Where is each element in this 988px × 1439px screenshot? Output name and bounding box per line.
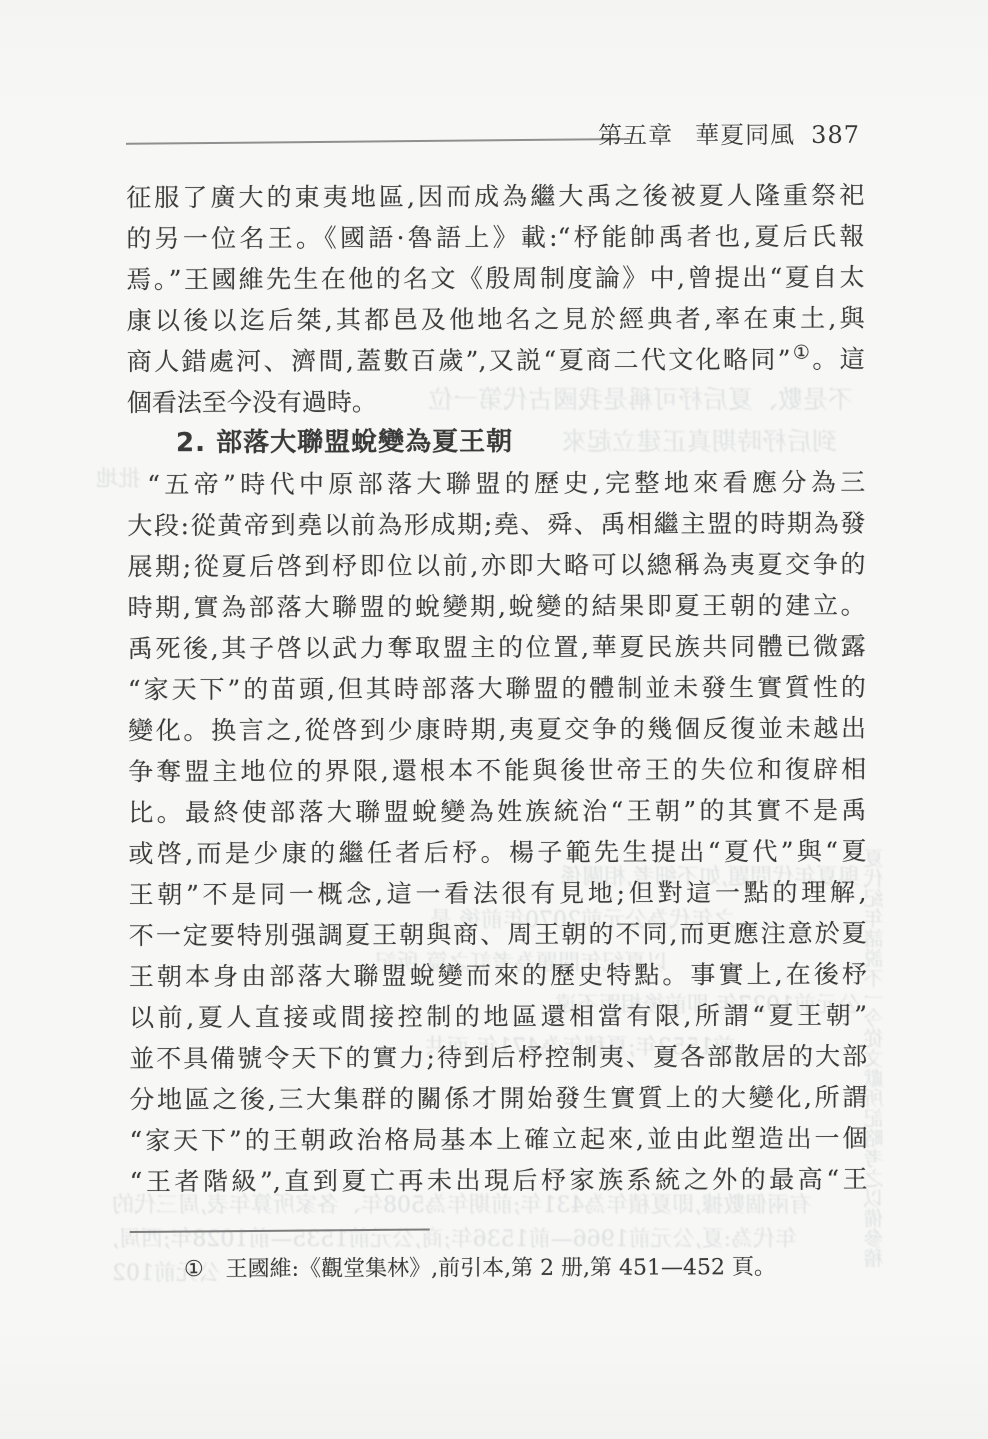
text-line: 個看法至今没有過時。 [127,380,865,424]
text-line: 王朝本身由部落大聯盟蛻變而來的歷史特點。事實上,在後杼 [129,954,867,998]
text-line: 禹死後,其子啓以武力奪取盟主的位置,華夏民族共同體已微露 [128,626,866,670]
book-page: 不是數、夏后杼可稱是我國古代第一位到后杼時期真正建立起來批地與夏年代問題,如不細… [0,0,988,1439]
text-line: 或啓,而是少康的繼任者后杼。楊子範先生提出“夏代”與“夏 [128,831,866,875]
text-line: 變化。换言之,從啓到少康時期,夷夏交争的幾個反復並未越出 [128,708,866,752]
text-line: 王朝”不是同一概念,這一看法很有見地;但對這一點的理解, [129,872,867,916]
text-line: 並不具備號令天下的實力;待到后杼控制夷、夏各部散居的大部 [129,1036,867,1080]
text-line: 比。最終使部落大聯盟蛻變為姓族統治“王朝”的其實不是禹 [128,790,866,834]
page-number: 387 [811,121,860,149]
text-line: 康以後以迄后桀,其都邑及他地名之見於經典者,率在東土,與 [127,298,865,342]
text-line: 商人錯處河、濟間,蓋數百歲”,又説“夏商二代文化略同”①。這 [127,339,865,383]
text-line: “五帝”時代中原部落大聯盟的歷史,完整地來看應分為三 [127,462,865,506]
text-line: “王者階級”,直到夏亡再未出現后杼家族系統之外的最高“王 [130,1159,868,1203]
text-line: 的另一位名王。《國語·魯語上》載:“杼能帥禹者也,夏后氏報 [126,216,864,260]
header-rule [126,138,630,145]
text-column: 征服了廣大的東夷地區,因而成為繼大禹之後被夏人隆重祭祀的另一位名王。《國語·魯語… [126,175,868,1203]
text-line: 不一定要特別强調夏王朝與商、周王朝的不同,而更應注意於夏 [129,913,867,957]
page-header: 第五章華夏同風387 [126,117,864,156]
header-text: 第五章華夏同風387 [598,117,860,154]
footnote-separator [130,1228,430,1233]
text-line: 分地區之後,三大集群的關係才開始發生實質上的大變化,所謂 [129,1077,867,1121]
text-line: 大段:從黄帝到堯以前為形成期;堯、舜、禹相繼主盟的時期為發 [127,503,865,547]
text-line: 以前,夏人直接或間接控制的地區還相當有限,所謂“夏王朝” [129,995,867,1039]
scan-tilt-wrapper: 第五章華夏同風387 征服了廣大的東夷地區,因而成為繼大禹之後被夏人隆重祭祀的另… [0,0,988,1439]
text-line: 焉。”王國維先生在他的名文《殷周制度論》中,曾提出“夏自太 [126,257,864,301]
footnote-marker: ① [184,1257,204,1282]
text-line: “家天下”的苗頭,但其時部落大聯盟的體制並未發生實質性的 [128,667,866,711]
chapter-title: 華夏同風 [695,121,795,149]
text-line: 征服了廣大的東夷地區,因而成為繼大禹之後被夏人隆重祭祀 [126,175,864,219]
chapter-label: 第五章 [598,121,673,149]
footnote: ①王國維:《觀堂集林》,前引本,第 2 册,第 451—452 頁。 [184,1251,884,1287]
text-line: “家天下”的王朝政治格局基本上確立起來,並由此塑造出一個 [129,1118,867,1162]
section-heading: 2. 部落大聯盟蛻變為夏王朝 [127,421,865,465]
footnote-ref-marker: ① [790,342,812,364]
text-line: 展期;從夏后啓到杼即位以前,亦即大略可以總稱為夷夏交争的 [127,544,865,588]
footnote-text: 王國維:《觀堂集林》,前引本,第 2 册,第 451—452 頁。 [226,1255,776,1282]
text-line: 時期,實為部落大聯盟的蛻變期,蛻變的結果即夏王朝的建立。 [128,585,866,629]
text-line: 争奪盟主地位的界限,還根本不能與後世帝王的失位和復辟相 [128,749,866,793]
